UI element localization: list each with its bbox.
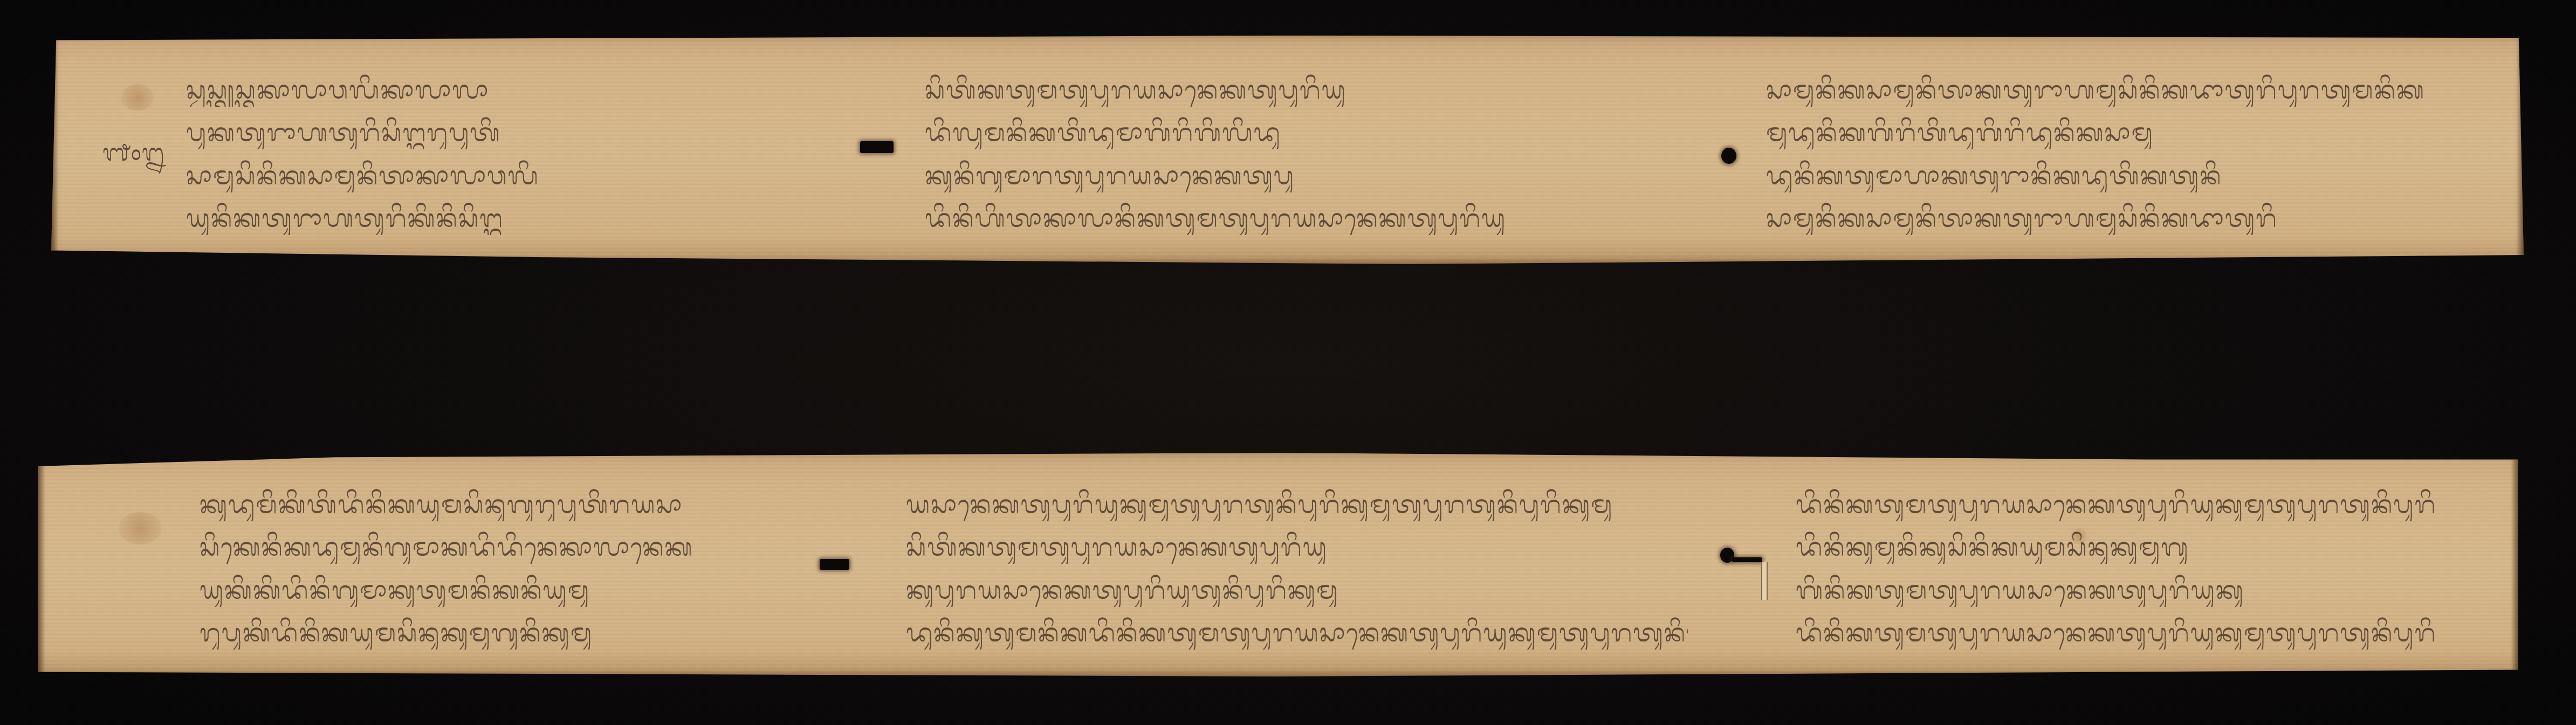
leaf-crack (1761, 562, 1768, 600)
binding-hole-round (1721, 148, 1736, 164)
text-line: ᬤᬸᬦᬶᬓᬸᬢᬸᬫᬦᬶᬓᬤᬶᬦᬶᬓᬢᬸᬫᬢᬸᬧᬸᬭᬬᬲᬵᬦᬾᬓᬢᬸᬧᬸᬭᬶᬬᬸᬓ… (906, 616, 1688, 650)
text-column-middle: ᬲᬶᬢᬶᬓᬢᬸᬫᬢᬸᬧᬸᬭᬬᬲᬵᬦᬾᬓᬢᬸᬧᬸᬭᬶᬬᬸ ᬤᬶᬮᬸᬫᬦᬶᬓᬢᬶᬤᬸ… (925, 73, 1691, 235)
text-column-left: ᬓᬸᬤᬸᬫᬶᬓᬶᬢᬶᬤᬶᬦᬶᬓᬬᬸᬫᬲᬶᬦᬸᬕᬸᬭᬸᬧᬸᬢᬶᬭᬬᬲᬵ ᬲᬶᬓᬾᬦ… (200, 488, 847, 650)
leaf-edge-left (38, 453, 45, 676)
text-line: ᬤᬶᬮᬸᬫᬦᬶᬓᬢᬶᬤᬸᬫᬵᬕᬶᬭᬶᬕᬶᬮᬶᬤᬸ (925, 116, 1691, 149)
text-line: ᬲᬶᬢᬶᬓᬢᬸᬫᬢᬸᬧᬸᬭᬬᬲᬵᬦᬾᬓᬢᬸᬧᬸᬭᬶᬬᬸ (906, 530, 1688, 564)
text-line: ᬓᬸᬧᬸᬭᬬᬲᬵᬦᬾᬓᬢᬸᬧᬸᬭᬶᬬᬸᬢᬸᬦᬶᬧᬸᬭᬶᬓᬸᬫᬸ (906, 574, 1688, 607)
binding-hole-slit (1732, 557, 1762, 562)
text-line: ᬲᬵᬫᬸᬦᬶᬓᬲᬵᬫᬸᬦᬶᬢᬵᬓᬢᬸᬭᬵᬳᬫᬸᬲᬶᬦᬶᬓᬤᬵᬢᬸᬭᬶ (1766, 202, 2472, 235)
text-line: ᬭᬸᬧᬸᬓᬶᬤᬶᬦᬶᬓᬬᬸᬫᬲᬶᬦᬸᬓᬸᬫᬸᬕᬸᬦᬶᬓᬸᬫᬸ (200, 616, 847, 650)
text-line: ᬲᬶᬢᬶᬓᬢᬸᬫᬢᬸᬧᬸᬭᬬᬲᬵᬦᬾᬓᬢᬸᬧᬸᬭᬶᬬᬸ (925, 73, 1691, 107)
text-line: ᬤᬶᬦᬶᬓᬢᬸᬫᬢᬸᬧᬸᬭᬬᬲᬵᬦᬾᬓᬢᬸᬧᬸᬭᬶᬬᬸᬓᬸᬫᬸᬢᬸᬧᬸᬭᬢᬸᬦᬶ… (1796, 488, 2464, 521)
text-line: ᬧᬸᬓᬢᬸᬭᬵᬳᬢᬸᬭᬶᬲᬶᬗ᭄ᬕᬸᬭᬸᬧᬸᬢᬶ (186, 116, 860, 149)
text-column-left: ᬲ᭄ᬯᬲ᭄ᬢ᭄ᬬᬲ᭄ᬢᬸᬓᬵᬮᬵᬯᬮᬶᬓᬵᬮᬵᬮᬵ ᬧᬸᬓᬢᬸᬭᬵᬳᬢᬸᬭᬶᬲᬶ… (186, 73, 860, 235)
text-line: ᬤᬸᬦᬶᬓᬢᬸᬫᬵᬳᬵᬓᬢᬸᬭᬵᬦᬶᬓᬤᬸᬢᬶᬓᬢᬸᬦᬶ (1766, 159, 2472, 192)
text-line: ᬤᬶᬦᬶᬳᬶᬢᬵᬓᬵᬮᬵᬦᬶᬓᬢᬸᬫᬢᬸᬧᬸᬭᬬᬲᬵᬦᬾᬓᬢᬸᬧᬸᬭᬶᬬᬸ (925, 202, 1691, 235)
text-line: ᬓᬸᬤᬸᬫᬶᬓᬶᬢᬶᬤᬶᬦᬶᬓᬬᬸᬫᬲᬶᬦᬸᬕᬸᬭᬸᬧᬸᬢᬶᬭᬬᬲᬵ (200, 488, 847, 521)
binding-hole-slot (860, 141, 894, 153)
palm-leaf-1: ᭑᭐᭒ ᬲ᭄ᬯᬲ᭄ᬢ᭄ᬬᬲ᭄ᬢᬸᬓᬵᬮᬵᬯᬮᬶᬓᬵᬮᬵᬮᬵ ᬧᬸᬓᬢᬸᬭᬵᬳᬢᬸ… (51, 36, 2524, 264)
leaf-number: ᭑᭐᭒ (102, 135, 164, 178)
stain-mark (119, 512, 162, 544)
text-column-right: ᬤᬶᬦᬶᬓᬢᬸᬫᬢᬸᬧᬸᬭᬬᬲᬵᬦᬾᬓᬢᬸᬧᬸᬭᬶᬬᬸᬓᬸᬫᬸᬢᬸᬧᬸᬭᬢᬸᬦᬶ… (1796, 488, 2464, 650)
text-line: ᬲᬵᬫᬸᬦᬶᬓᬲᬵᬫᬸᬦᬶᬢᬵᬓᬢᬸᬭᬵᬳᬫᬸᬲᬶᬦᬶᬓᬤᬵᬢᬸᬭᬶᬧᬸᬭᬢᬸᬫ… (1766, 73, 2472, 107)
text-column-middle: ᬬᬲᬵᬦᬾᬓᬢᬸᬧᬸᬭᬶᬬᬸᬓᬸᬫᬸᬢᬸᬧᬸᬭᬢᬸᬦᬶᬧᬸᬭᬶᬓᬸᬫᬸᬢᬸᬧᬸᬭ… (906, 488, 1688, 650)
palm-leaf-2: ᬓᬸᬤᬸᬫᬶᬓᬶᬢᬶᬤᬶᬦᬶᬓᬬᬸᬫᬲᬶᬦᬸᬕᬸᬭᬸᬧᬸᬢᬶᬭᬬᬲᬵ ᬲᬶᬓᬾᬦ… (38, 453, 2518, 676)
text-line: ᬲᬵᬫᬸᬲᬶᬦᬶᬓᬲᬵᬫᬸᬦᬶᬢᬵᬓᬵᬮᬵᬯᬮᬶ (186, 159, 860, 192)
text-line: ᬤᬶᬦᬶᬓᬢᬸᬫᬢᬸᬧᬸᬭᬬᬲᬵᬦᬾᬓᬢᬸᬧᬸᬭᬶᬬᬸᬓᬸᬫᬸᬢᬸᬧᬸᬭᬢᬸᬦᬶ… (1796, 616, 2464, 650)
text-line: ᬓᬸᬦᬶᬕᬸᬫᬵᬭᬢᬸᬧᬸᬭᬬᬲᬵᬦᬾᬓᬢᬸᬧᬸ (925, 159, 1691, 192)
text-line: ᬕᬶᬦᬶᬓᬢᬸᬫᬢᬸᬧᬸᬭᬬᬲᬵᬦᬾᬓᬢᬸᬧᬸᬭᬶᬬᬸᬓᬸ (1796, 574, 2464, 607)
text-line: ᬬᬲᬵᬦᬾᬓᬢᬸᬧᬸᬭᬶᬬᬸᬓᬸᬫᬸᬢᬸᬧᬸᬭᬢᬸᬦᬶᬧᬸᬭᬶᬓᬸᬫᬸᬢᬸᬧᬸᬭ… (906, 488, 1688, 521)
stain-mark (121, 84, 154, 111)
text-line: ᬬᬸᬦᬶᬓᬢᬸᬭᬵᬳᬢᬸᬭᬶᬓᬶᬦᬶᬲᬶᬗ᭄ᬕ (186, 202, 860, 235)
leaf-edge-right (2511, 453, 2518, 676)
text-column-right: ᬲᬵᬫᬸᬦᬶᬓᬲᬵᬫᬸᬦᬶᬢᬵᬓᬢᬸᬭᬵᬳᬫᬸᬲᬶᬦᬶᬓᬤᬵᬢᬸᬭᬶᬧᬸᬭᬢᬸᬫ… (1766, 73, 2472, 235)
text-line: ᬲ᭄ᬯᬲ᭄ᬢ᭄ᬬᬲ᭄ᬢᬸᬓᬵᬮᬵᬯᬮᬶᬓᬵᬮᬵᬮᬵ (186, 73, 860, 107)
text-line: ᬲᬶᬓᬾᬦᬶᬓᬤᬸᬫᬸᬦᬶᬕᬸᬫᬵᬓᬤᬶᬤᬶᬦᬾᬓᬵᬮᬵᬦᬾᬓ (200, 530, 847, 564)
text-line: ᬫᬸᬤᬸᬦᬶᬓᬕᬶᬭᬶᬢᬶᬤᬸᬕᬶᬭᬶᬤᬸᬦᬶᬓᬲᬵᬫᬸ (1766, 116, 2472, 149)
text-line: ᬤᬶᬦᬶᬓᬸᬫᬸᬦᬶᬓᬸᬲᬶᬦᬶᬓᬬᬸᬫᬲᬶᬦᬸᬓᬸᬫᬸᬕᬸ (1796, 530, 2464, 564)
text-line: ᬬᬸᬓᬶᬓᬶᬤᬶᬦᬶᬕᬸᬫᬵᬓᬸᬢᬸᬫᬦᬶᬓᬦᬶᬬᬸᬫᬸ (200, 574, 847, 607)
binding-hole-slot (820, 559, 849, 570)
